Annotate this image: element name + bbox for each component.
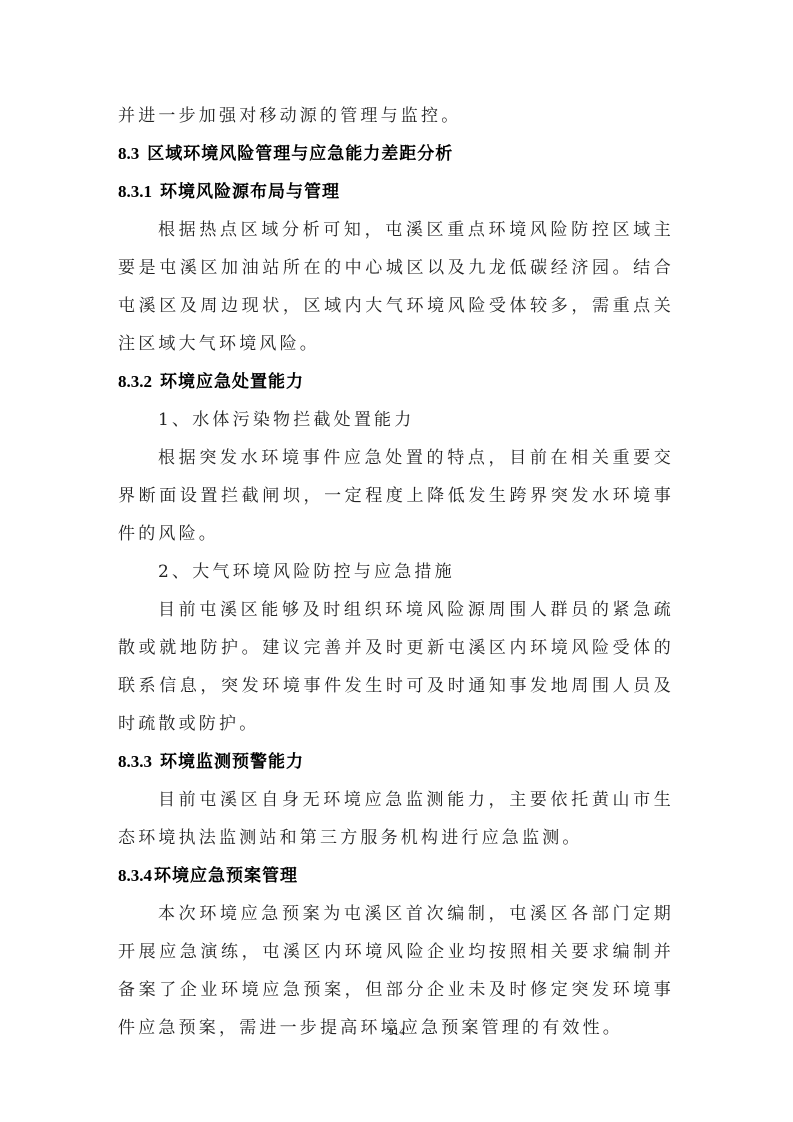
- list-item-label: 2、大气环境风险防控与应急措施: [118, 553, 674, 591]
- section-heading-8-3-4: 8.3.4环境应急预案管理: [118, 857, 674, 895]
- paragraph: 目前屯溪区自身无环境应急监测能力，主要依托黄山市生态环境执法监测站和第三方服务机…: [118, 781, 674, 857]
- section-number: 8.3.3: [118, 752, 152, 771]
- section-title: 环境监测预警能力: [160, 752, 304, 771]
- section-title: 环境风险源布局与管理: [160, 182, 340, 201]
- section-number: 8.3.4: [118, 866, 152, 885]
- section-number: 8.3.1: [118, 182, 152, 201]
- section-number: 8.3: [118, 144, 139, 163]
- section-heading-8-3-3: 8.3.3环境监测预警能力: [118, 743, 674, 781]
- section-heading-8-3: 8.3区域环境风险管理与应急能力差距分析: [118, 135, 674, 173]
- section-title: 区域环境风险管理与应急能力差距分析: [147, 144, 453, 163]
- paragraph: 根据突发水环境事件应急处置的特点，目前在相关重要交界断面设置拦截闸坝，一定程度上…: [118, 439, 674, 553]
- page-number: 114: [0, 1024, 793, 1039]
- section-title: 环境应急处置能力: [160, 372, 304, 391]
- paragraph: 目前屯溪区能够及时组织环境风险源周围人群员的紧急疏散或就地防护。建议完善并及时更…: [118, 591, 674, 743]
- section-number: 8.3.2: [118, 372, 152, 391]
- list-item-label: 1、水体污染物拦截处置能力: [118, 401, 674, 439]
- document-page: 并进一步加强对移动源的管理与监控。 8.3区域环境风险管理与应急能力差距分析 8…: [118, 97, 674, 1047]
- section-heading-8-3-1: 8.3.1环境风险源布局与管理: [118, 173, 674, 211]
- continued-text: 并进一步加强对移动源的管理与监控。: [118, 97, 674, 135]
- section-heading-8-3-2: 8.3.2环境应急处置能力: [118, 363, 674, 401]
- section-title: 环境应急预案管理: [154, 866, 298, 885]
- paragraph: 根据热点区域分析可知，屯溪区重点环境风险防控区域主要是屯溪区加油站所在的中心城区…: [118, 211, 674, 363]
